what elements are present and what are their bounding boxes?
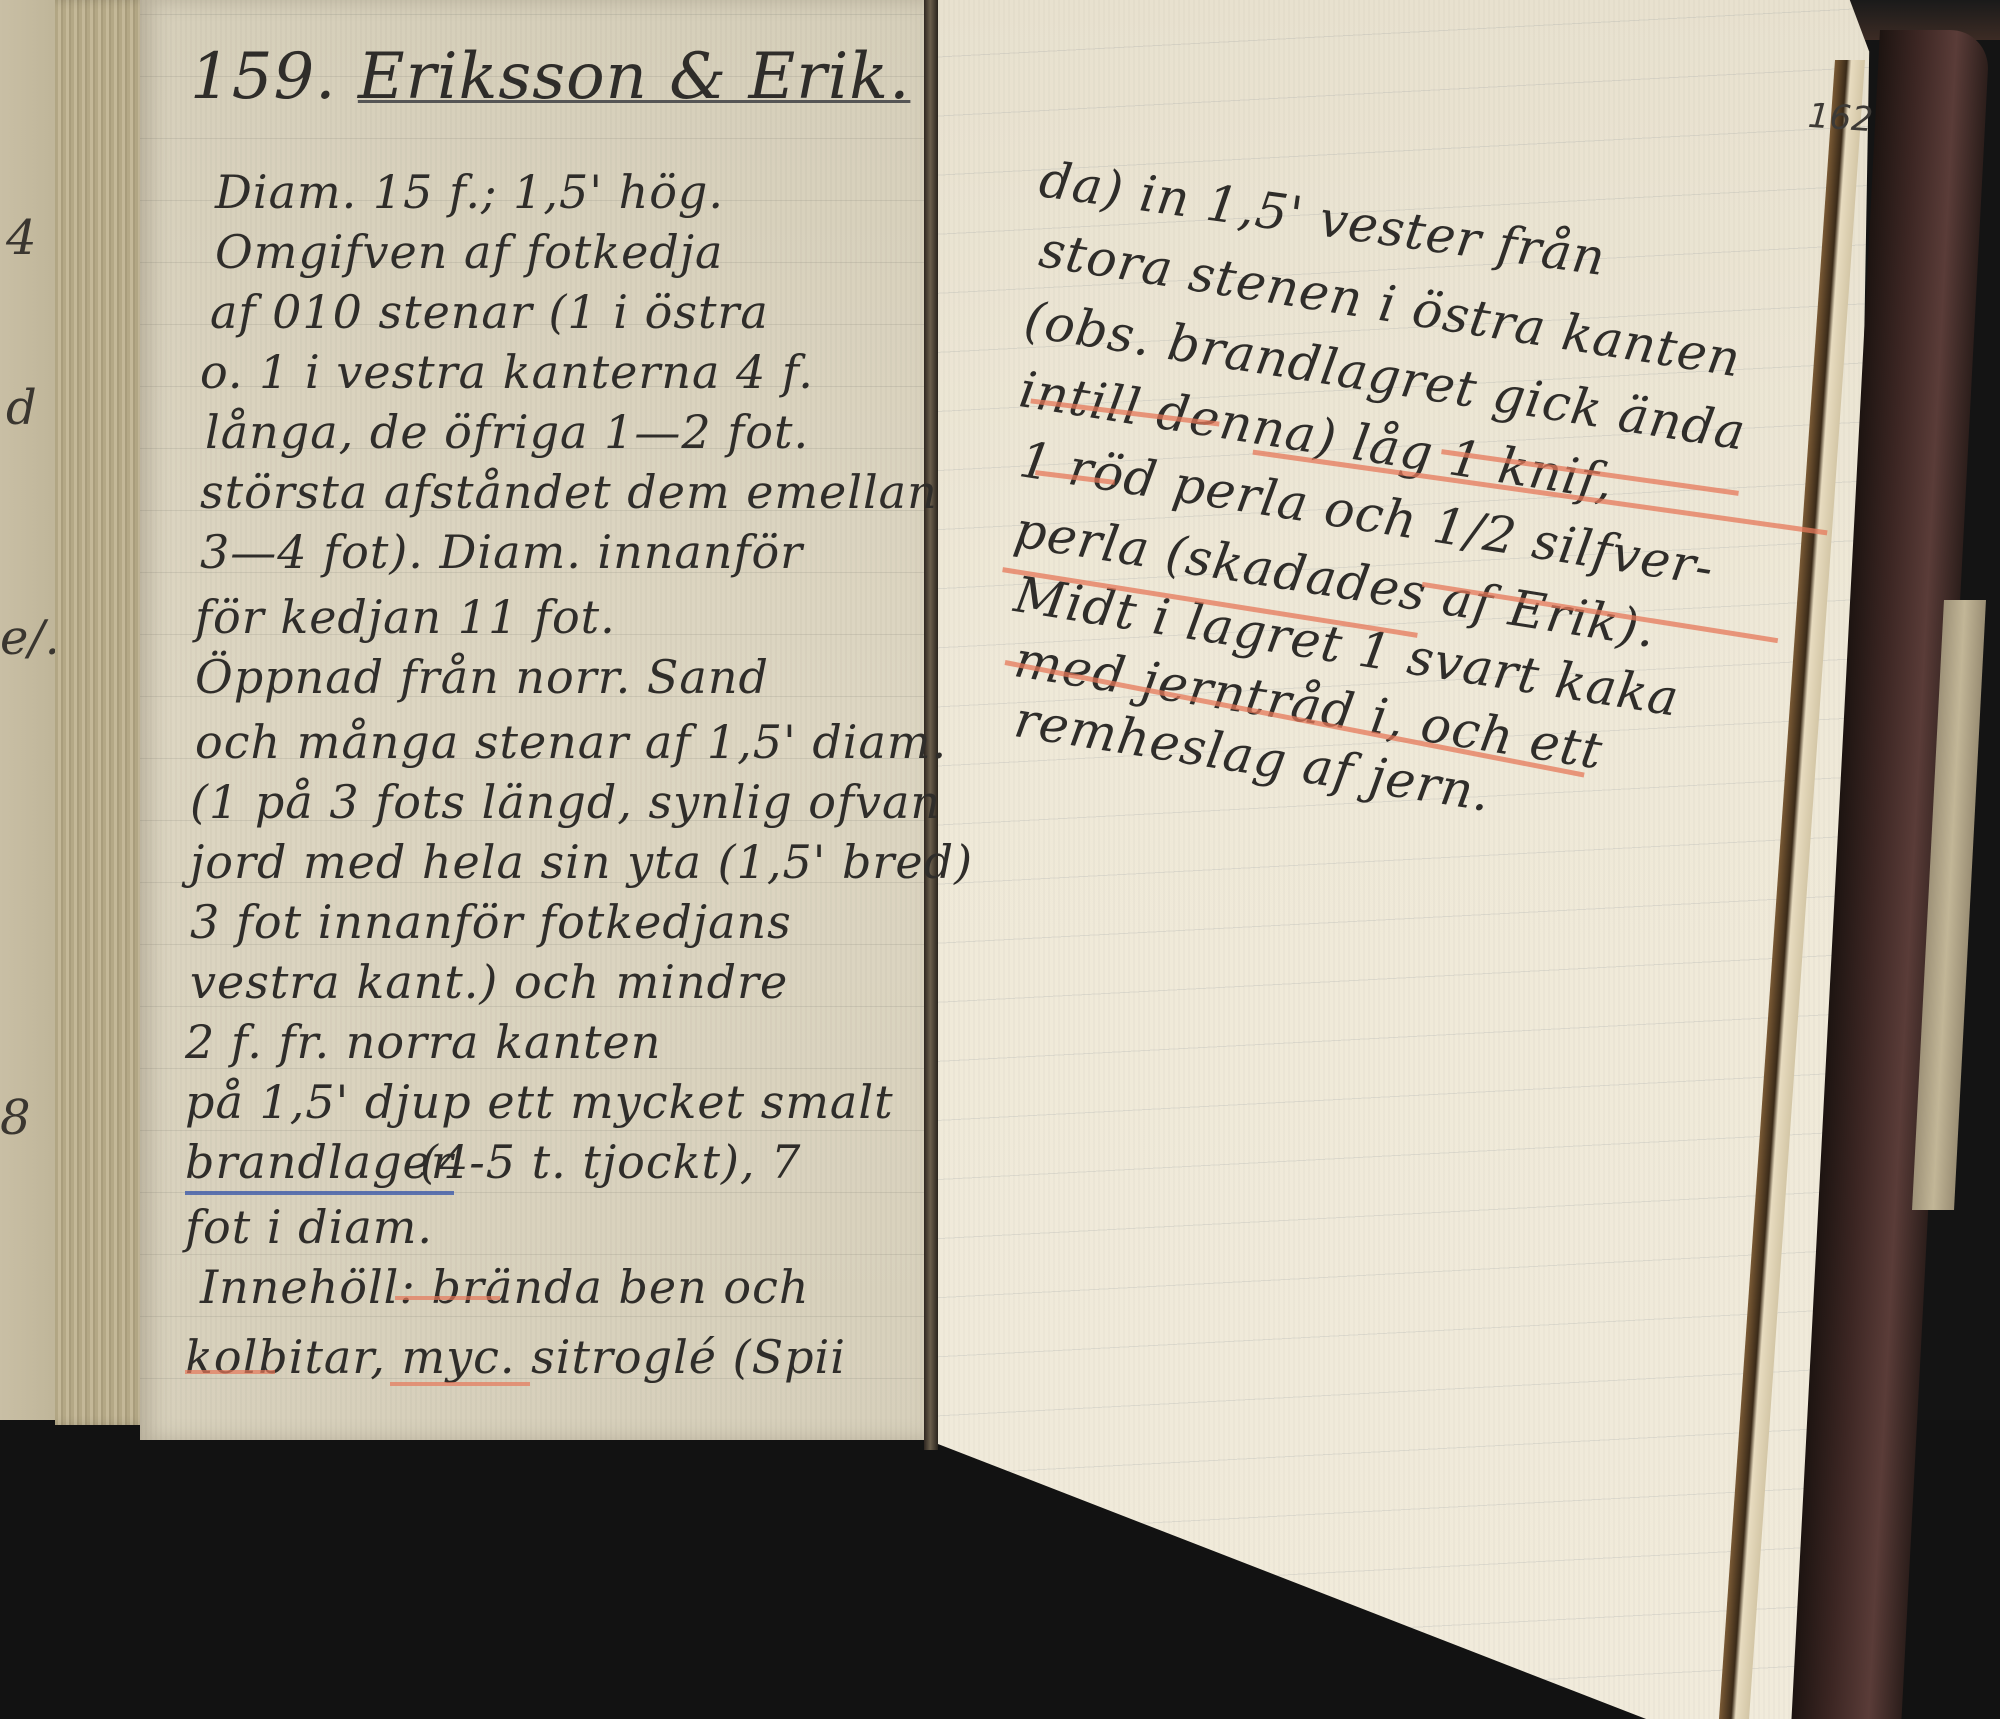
page-edges-left (55, 0, 150, 1425)
text-line: fot i diam. (185, 1200, 433, 1254)
prev-page-fragment: 8 (0, 1090, 31, 1146)
prev-page-fragment: d (6, 380, 37, 436)
text-line: af 010 stenar (1 i östra (210, 285, 769, 339)
notebook-photo: 4 d e/. 8 159. Eriksson & Erik. Diam. 15… (0, 0, 2000, 1719)
entry-heading: 159. Eriksson & Erik. (190, 40, 910, 114)
entry-title: Eriksson & Erik. (358, 40, 911, 114)
red-underline-mark (395, 1296, 500, 1300)
text-line: Öppnad från norr. Sand (195, 650, 769, 704)
text-line: jord med hela sin yta (1,5' bred) (190, 835, 973, 889)
text-line: Omgifven af fotkedja (215, 225, 723, 279)
text-line: 3 fot innanför fotkedjans (190, 895, 792, 949)
entry-number: 159. (190, 40, 337, 114)
text-line: långa, de öfriga 1—2 fot. (205, 405, 809, 459)
prev-page-fragment: e/. (0, 610, 60, 666)
text-line: för kedjan 11 fot. (195, 590, 616, 644)
red-underline-mark (390, 1382, 530, 1386)
text-line-continuation: (4-5 t. tjockt), 7 (420, 1135, 801, 1189)
text-line: o. 1 i vestra kanterna 4 f. (200, 345, 814, 399)
text-line: Innehöll: brända ben och (200, 1260, 810, 1314)
red-underline-mark (185, 1370, 275, 1374)
text-line: Diam. 15 f.; 1,5' hög. (215, 165, 724, 219)
text-line: och många stenar af 1,5' diam. (195, 715, 947, 769)
text-line: 2 f. fr. norra kanten (185, 1015, 661, 1069)
page-number: 162 (1807, 96, 1875, 140)
prev-page-fragment: 4 (6, 210, 37, 266)
text-line: största afståndet dem emellan (200, 465, 938, 519)
blue-underlined-term: brandlager (185, 1135, 454, 1195)
text-line: 3—4 fot). Diam. innanför (200, 525, 803, 579)
text-line: (1 på 3 fots längd, synlig ofvan (190, 775, 941, 829)
text-line: vestra kant.) och mindre (190, 955, 788, 1009)
text-line: brandlager (185, 1135, 454, 1189)
text-line: kolbitar, myc. sitroglé (Spii (185, 1330, 846, 1384)
text-line: på 1,5' djup ett mycket smalt (185, 1075, 894, 1129)
